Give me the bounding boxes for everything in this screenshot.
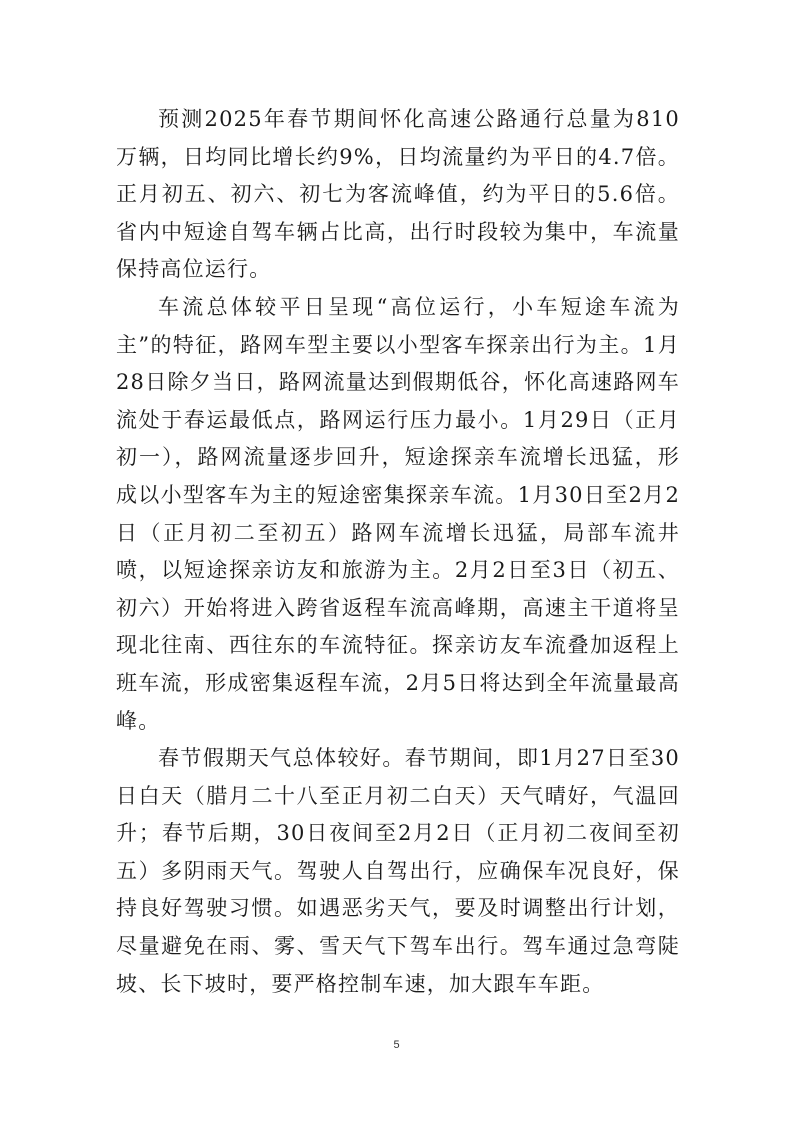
document-page: 预测2025年春节期间怀化高速公路通行总量为810万辆，日均同比增长约9%，日均… (0, 0, 793, 1122)
paragraph-traffic-characteristics: 车流总体较平日呈现“高位运行，小车短途车流为主”的特征，路网车型主要以小型客车探… (116, 289, 680, 740)
paragraph-traffic-forecast: 预测2025年春节期间怀化高速公路通行总量为810万辆，日均同比增长约9%，日均… (116, 101, 680, 289)
paragraph-weather-advice: 春节假期天气总体较好。春节期间，即1月27日至30日白天（腊月二十八至正月初二白… (116, 740, 680, 1003)
page-number: 5 (0, 1039, 793, 1051)
document-body: 预测2025年春节期间怀化高速公路通行总量为810万辆，日均同比增长约9%，日均… (116, 101, 680, 1003)
